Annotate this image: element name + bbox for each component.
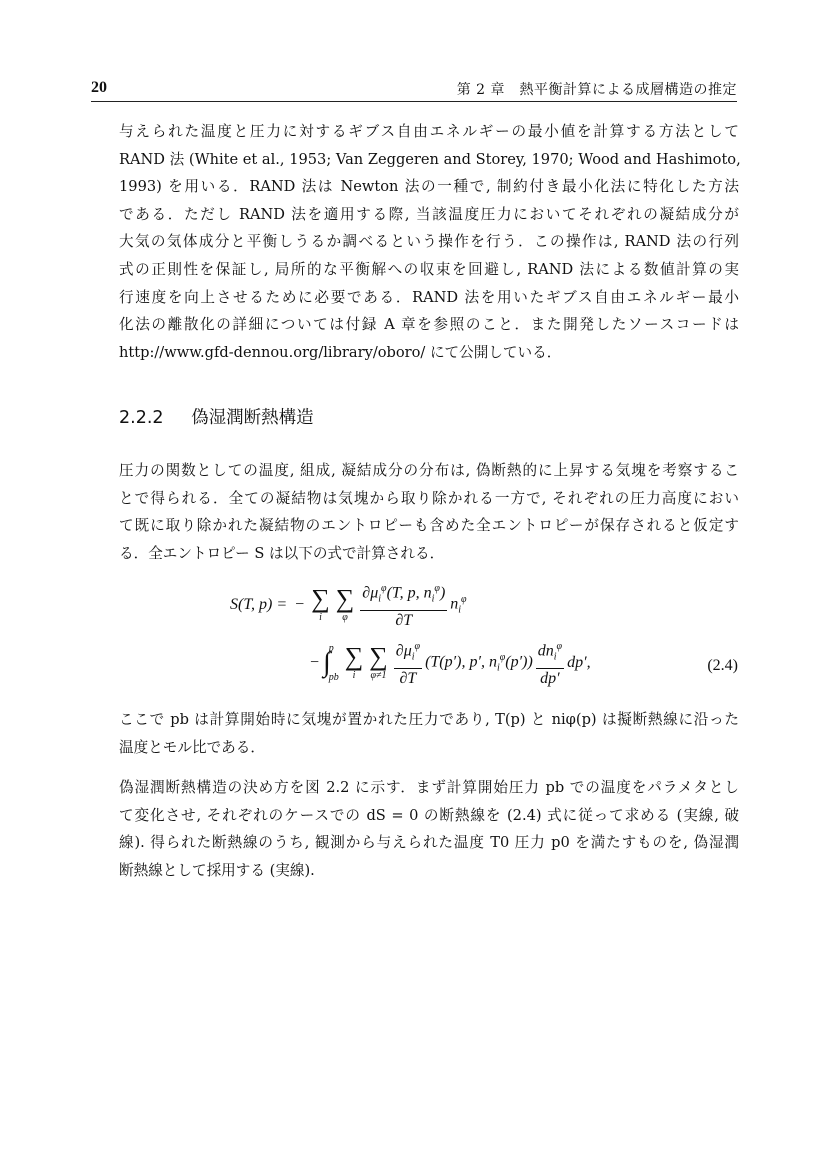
page-header: 20 第 2 章 熱平衡計算による成層構造の推定 (91, 79, 737, 102)
sum-symbol: ∑i (311, 586, 330, 624)
text-line: 式の正則性を保証し, 局所的な平衡解への収束を回避し, RAND 法による数値計… (119, 256, 739, 284)
equation-row-1: S(T, p) = − ∑i ∑φ ∂μiφ(T, p, niφ) ∂T niφ (230, 580, 467, 630)
text-line: 1993) を用いる．RAND 法は Newton 法の一種で, 制約付き最小化… (119, 173, 739, 201)
section-number: 2.2.2 (119, 408, 164, 428)
paragraph-definitions: ここで pb は計算開始時に気塊が置かれた圧力であり, T(p) と niφ(p… (119, 706, 739, 761)
equation-2-4: S(T, p) = − ∑i ∑φ ∂μiφ(T, p, niφ) ∂T niφ… (230, 580, 740, 695)
text-line: である．ただし RAND 法を適用する際, 当該温度圧力においてそれぞれの凝結成… (119, 201, 739, 229)
paragraph-pseudo-adiabat: 圧力の関数としての温度, 組成, 凝結成分の分布は, 偽断熱的に上昇する気塊を考… (119, 457, 739, 567)
section-title: 偽湿潤断熱構造 (191, 408, 314, 428)
minus-sign: − (310, 654, 319, 672)
text-line: 線). 得られた断熱線のうち, 観測から与えられた温度 T0 圧力 p0 を満た… (119, 829, 739, 857)
paragraph-method: 偽湿潤断熱構造の決め方を図 2.2 に示す．まず計算開始圧力 pb での温度をパ… (119, 774, 739, 884)
equation-lhs: S(T, p) = (230, 596, 287, 614)
text-line: 偽湿潤断熱構造の決め方を図 2.2 に示す．まず計算開始圧力 pb での温度をパ… (119, 774, 739, 802)
text-line: RAND 法 (White et al., 1953; Van Zeggeren… (119, 146, 739, 174)
text-line: 温度とモル比である． (119, 734, 739, 762)
section-heading: 2.2.2 偽湿潤断熱構造 (119, 404, 314, 429)
text-line: ここで pb は計算開始時に気塊が置かれた圧力であり, T(p) と niφ(p… (119, 706, 739, 734)
text-line: て変化させ, それぞれのケースでの dS = 0 の断熱線を (2.4) 式に従… (119, 802, 739, 830)
source-url-line[interactable]: http://www.gfd-dennou.org/library/oboro/… (119, 339, 739, 367)
text-line: 与えられた温度と圧力に対するギブス自由エネルギーの最小値を計算する方法として (119, 118, 739, 146)
minus-sign: − (295, 596, 304, 614)
sum-symbol: ∑φ≠1 (369, 644, 388, 682)
paragraph-rand-method: 与えられた温度と圧力に対するギブス自由エネルギーの最小値を計算する方法として R… (119, 118, 739, 366)
text-line: 行速度を向上させるために必要である．RAND 法を用いたギブス自由エネルギー最小 (119, 284, 739, 312)
sum-symbol: ∑i (345, 644, 364, 682)
text-line: て既に取り除かれた凝結物のエントロピーも含めた全エントロピーが保存されると仮定す (119, 512, 739, 540)
text-line: る．全エントロピー S は以下の式で計算される． (119, 540, 739, 568)
partial-fraction: ∂μiφ ∂T (394, 638, 422, 688)
equation-row-2: − ∫ ppb ∑i ∑φ≠1 ∂μiφ ∂T (T(p′), p′, niφ(… (310, 638, 591, 688)
text-line: とで得られる．全ての凝結物は気塊から取り除かれる一方で, それぞれの圧力高度にお… (119, 485, 739, 513)
page-number: 20 (91, 79, 107, 97)
equation-number: (2.4) (707, 657, 738, 675)
running-head: 第 2 章 熱平衡計算による成層構造の推定 (457, 79, 737, 99)
sum-symbol: ∑φ (336, 586, 355, 624)
partial-fraction: ∂μiφ(T, p, niφ) ∂T (360, 580, 447, 630)
derivative-fraction: dniφ dp′ (536, 638, 564, 688)
text-line: 化法の離散化の詳細については付録 A 章を参照のこと．また開発したソースコードは (119, 311, 739, 339)
text-line: 圧力の関数としての温度, 組成, 凝結成分の分布は, 偽断熱的に上昇する気塊を考… (119, 457, 739, 485)
integral-symbol: ∫ ppb (323, 643, 339, 683)
text-line: 断熱線として採用する (実線). (119, 857, 739, 885)
text-line: 大気の気体成分と平衡しうるか調べるという操作を行う．この操作は, RAND 法の… (119, 228, 739, 256)
